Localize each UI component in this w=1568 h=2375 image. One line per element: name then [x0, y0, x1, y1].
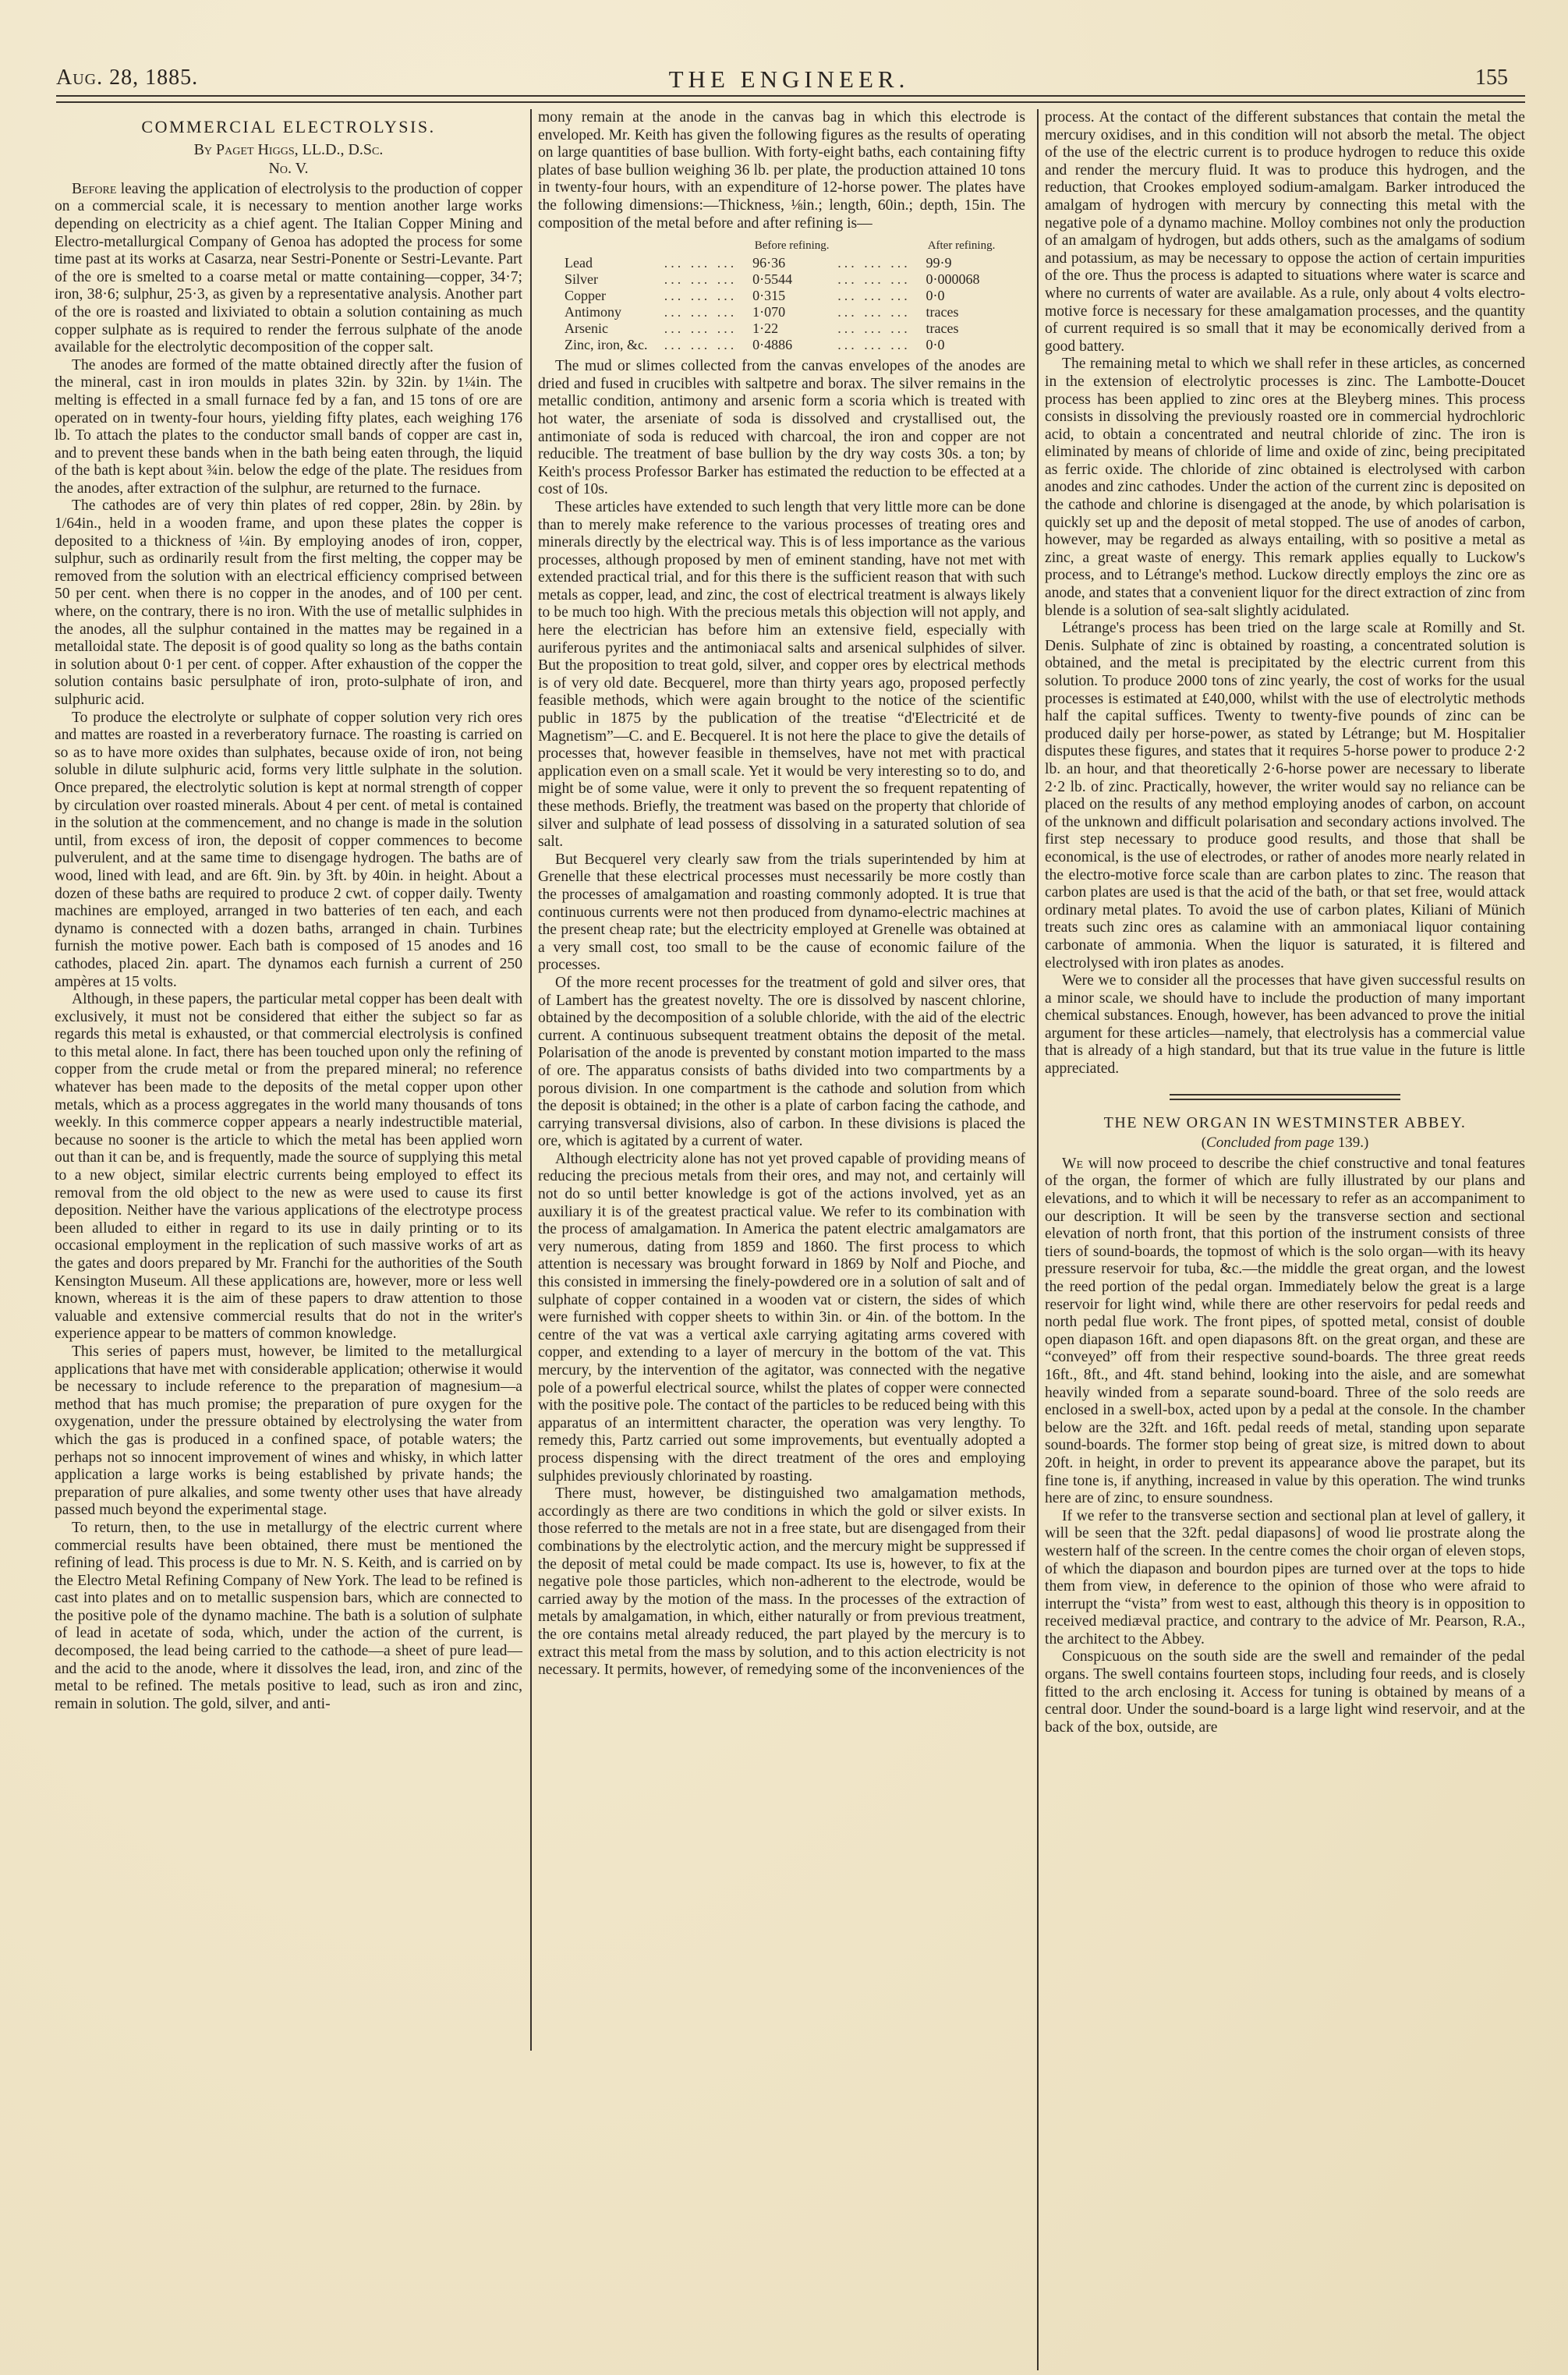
column-3: process. At the contact of the different… — [1045, 109, 1525, 1736]
element-cell: Copper — [561, 288, 661, 304]
element-cell: Arsenic — [561, 320, 661, 337]
leader-dots: ... ... ... — [661, 288, 749, 304]
header-double-rule — [56, 95, 1525, 103]
leader-dots: ... ... ... — [661, 320, 749, 337]
paragraph: But Becquerel very clearly saw from the … — [538, 851, 1025, 975]
leader-dots: ... ... ... — [834, 255, 922, 271]
paragraph: Were we to consider all the processes th… — [1045, 972, 1525, 1078]
after-value: 0·0 — [923, 337, 1000, 353]
table-row: Silver... ... ...0·5544... ... ...0·0000… — [561, 271, 1000, 288]
paragraph: The remaining metal to which we shall re… — [1045, 356, 1525, 620]
paragraph: process. At the contact of the different… — [1045, 109, 1525, 356]
table-row: Lead... ... ...96·36... ... ...99·9 — [561, 255, 1000, 271]
leader-dots: ... ... ... — [834, 320, 922, 337]
column-1: COMMERCIAL ELECTROLYSIS. By Paget Higgs,… — [55, 109, 522, 1713]
paragraph: Conspicuous on the south side are the sw… — [1045, 1648, 1525, 1736]
newspaper-page: Aug. 28, 1885. THE ENGINEER. 155 COMMERC… — [0, 0, 1568, 2375]
paragraph: The anodes are formed of the matte obtai… — [55, 357, 522, 498]
leader-dots: ... ... ... — [661, 255, 749, 271]
after-value: traces — [923, 320, 1000, 337]
paragraph: If we refer to the transverse section an… — [1045, 1508, 1525, 1649]
after-value: 0·000068 — [923, 271, 1000, 288]
before-value: 0·4886 — [749, 337, 834, 353]
before-value: 0·5544 — [749, 271, 834, 288]
leader-dots: ... ... ... — [834, 337, 922, 353]
leader-dots: ... ... ... — [661, 304, 749, 320]
table-row: Arsenic... ... ...1·22... ... ...traces — [561, 320, 1000, 337]
leader-dots: ... ... ... — [834, 271, 922, 288]
element-cell: Antimony — [561, 304, 661, 320]
leader-dots: ... ... ... — [661, 337, 749, 353]
table-header-row: Before refining. After refining. — [561, 237, 1000, 255]
continuation-note: (Concluded from page 139.) — [1045, 1134, 1525, 1152]
leader-dots: ... ... ... — [834, 304, 922, 320]
table-row: Copper... ... ...0·315... ... ...0·0 — [561, 288, 1000, 304]
paragraph: Before leaving the application of electr… — [55, 181, 522, 357]
publication-title: THE ENGINEER. — [56, 65, 1522, 94]
element-cell: Silver — [561, 271, 661, 288]
article-title: COMMERCIAL ELECTROLYSIS. — [55, 119, 522, 136]
paragraph: Of the more recent processes for the tre… — [538, 975, 1025, 1151]
table-row: Zinc, iron, &c.... ... ...0·4886... ... … — [561, 337, 1000, 353]
table-row: Antimony... ... ...1·070... ... ...trace… — [561, 304, 1000, 320]
column-divider — [1037, 109, 1039, 2370]
column-2: mony remain at the anode in the canvas b… — [538, 109, 1025, 1679]
before-value: 0·315 — [749, 288, 834, 304]
paragraph: The mud or slimes collected from the can… — [538, 358, 1025, 499]
paragraph: Although, in these papers, the particula… — [55, 991, 522, 1343]
paragraph: To return, then, to the use in metallurg… — [55, 1520, 522, 1714]
lead-word: We — [1062, 1156, 1083, 1172]
paragraph: These articles have extended to such len… — [538, 499, 1025, 851]
after-value: 99·9 — [923, 255, 1000, 271]
element-cell: Zinc, iron, &c. — [561, 337, 661, 353]
after-value: traces — [923, 304, 1000, 320]
paragraph: Létrange's process has been tried on the… — [1045, 620, 1525, 972]
running-head: Aug. 28, 1885. THE ENGINEER. 155 — [56, 65, 1522, 97]
before-value: 1·22 — [749, 320, 834, 337]
before-value: 96·36 — [749, 255, 834, 271]
leader-dots: ... ... ... — [661, 271, 749, 288]
column-divider — [530, 109, 532, 2051]
paragraph: mony remain at the anode in the canvas b… — [538, 109, 1025, 232]
column-header: Before refining. — [749, 237, 834, 255]
article-title: THE NEW ORGAN IN WESTMINSTER ABBEY. — [1045, 1114, 1525, 1132]
paragraph: The cathodes are of very thin plates of … — [55, 497, 522, 709]
article-part-number: No. V. — [55, 160, 522, 178]
paragraph: This series of papers must, however, be … — [55, 1343, 522, 1520]
after-value: 0·0 — [923, 288, 1000, 304]
paragraph: To produce the electrolyte or sulphate o… — [55, 710, 522, 992]
lead-word: Before — [72, 181, 116, 197]
leader-dots: ... ... ... — [834, 288, 922, 304]
paragraph: We will now proceed to describe the chie… — [1045, 1156, 1525, 1508]
paragraph: There must, however, be distinguished tw… — [538, 1485, 1025, 1679]
page-number: 155 — [1475, 65, 1508, 90]
article-byline: By Paget Higgs, LL.D., D.Sc. — [55, 141, 522, 159]
paragraph: Although electricity alone has not yet p… — [538, 1151, 1025, 1485]
composition-table: Before refining. After refining. Lead...… — [561, 237, 1000, 353]
article-separator-rule — [1170, 1094, 1400, 1100]
column-header: After refining. — [923, 237, 1000, 255]
element-cell: Lead — [561, 255, 661, 271]
before-value: 1·070 — [749, 304, 834, 320]
